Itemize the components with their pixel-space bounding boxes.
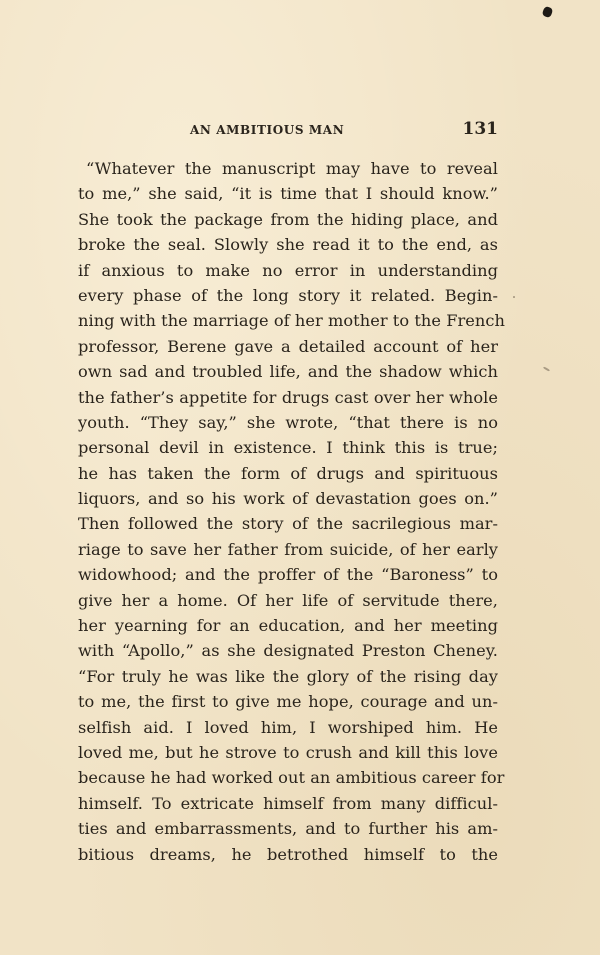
text-line: broke the seal. Slowly she read it to th…	[78, 232, 498, 257]
text-line: widowhood; and the proffer of the “Baron…	[78, 562, 498, 587]
text-line: riage to save her father from suicide, o…	[78, 537, 498, 562]
text-line: the father’s appetite for drugs cast ove…	[78, 385, 498, 410]
text-line: ning with the marriage of her mother to …	[78, 308, 498, 333]
text-line: own sad and troubled life, and the shado…	[78, 359, 498, 384]
text-line: to me,” she said, “it is time that I sho…	[78, 181, 498, 206]
text-line: “For truly he was like the glory of the …	[78, 664, 498, 689]
text-line: give her a home. Of her life of servitud…	[78, 588, 498, 613]
text-line: bitious dreams, he betrothed himself to …	[78, 842, 498, 867]
text-line: he has taken the form of drugs and spiri…	[78, 461, 498, 486]
text-line: to me, the first to give me hope, courag…	[78, 689, 498, 714]
running-header: AN AMBITIOUS MAN 131	[190, 119, 498, 139]
text-line: personal devil in existence. I think thi…	[78, 435, 498, 460]
text-line: Then followed the story of the sacrilegi…	[78, 511, 498, 536]
text-line: selfish aid. I loved him, I worshiped hi…	[78, 715, 498, 740]
text-line: with “Apollo,” as she designated Preston…	[78, 638, 498, 663]
text-line: because he had worked out an ambitious c…	[78, 765, 498, 790]
running-title: AN AMBITIOUS MAN	[190, 123, 344, 137]
text-line: himself. To extricate himself from many …	[78, 791, 498, 816]
body-text: “Whatever the manuscript may have to rev…	[78, 156, 498, 867]
text-line: She took the package from the hiding pla…	[78, 207, 498, 232]
text-line: ties and embarrassments, and to further …	[78, 816, 498, 841]
text-line: “Whatever the manuscript may have to rev…	[78, 156, 498, 181]
text-line: professor, Berene gave a detailed accoun…	[78, 334, 498, 359]
text-line: youth. “They say,” she wrote, “that ther…	[78, 410, 498, 435]
text-line: loved me, but he strove to crush and kil…	[78, 740, 498, 765]
text-line: liquors, and so his work of devastation …	[78, 486, 498, 511]
text-line: her yearning for an education, and her m…	[78, 613, 498, 638]
text-line: every phase of the long story it related…	[78, 283, 498, 308]
text-line: if anxious to make no error in understan…	[78, 258, 498, 283]
paper-speck	[513, 296, 515, 298]
page-number: 131	[463, 119, 499, 139]
